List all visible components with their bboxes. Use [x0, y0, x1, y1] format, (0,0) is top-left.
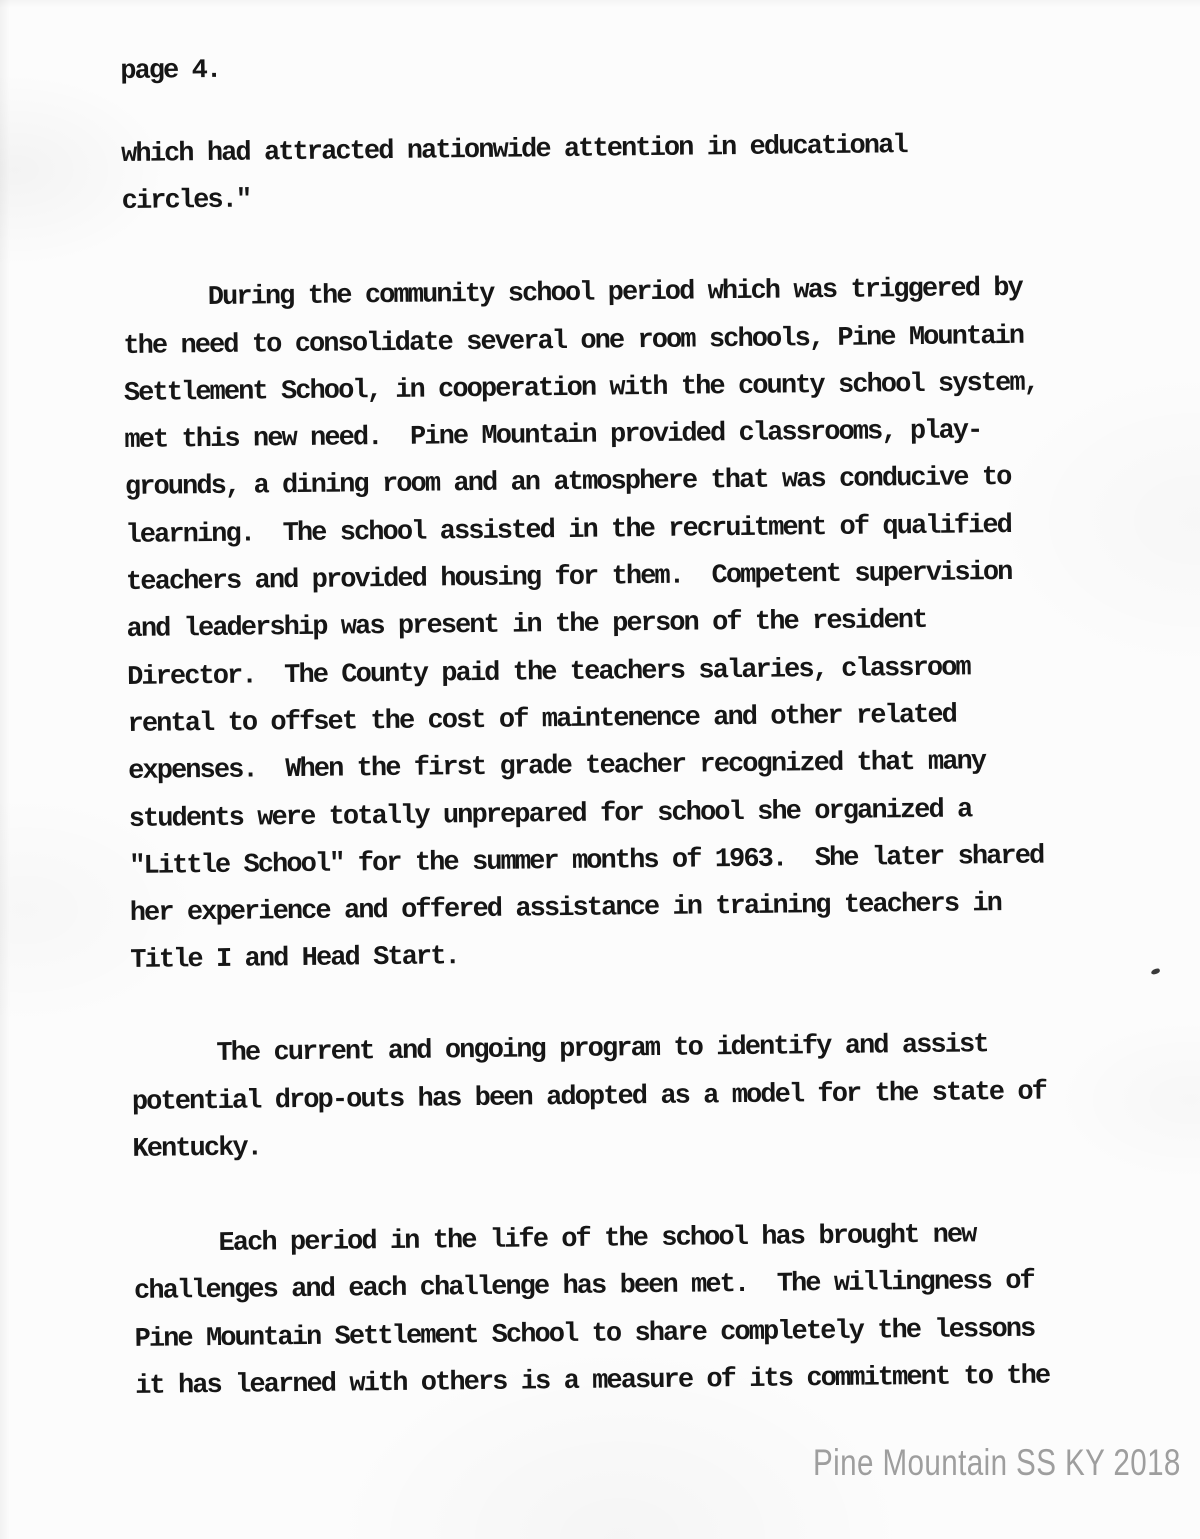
paragraph: The current and ongoing program to ident… — [131, 1020, 1123, 1173]
page-number: page 4. — [120, 37, 1110, 96]
ink-speck — [1150, 968, 1160, 976]
paragraph: During the community school period which… — [123, 265, 1121, 986]
typewritten-text: page 4. which had attracted nationwide a… — [120, 37, 1125, 1410]
watermark: Pine Mountain SS KY 2018 — [813, 1442, 1181, 1484]
paragraph: Each period in the life of the school ha… — [133, 1210, 1125, 1410]
paragraph: which had attracted nationwide attention… — [121, 120, 1112, 226]
page-number-header: page 4. — [120, 37, 1110, 96]
document-page: page 4. which had attracted nationwide a… — [0, 0, 1200, 1539]
